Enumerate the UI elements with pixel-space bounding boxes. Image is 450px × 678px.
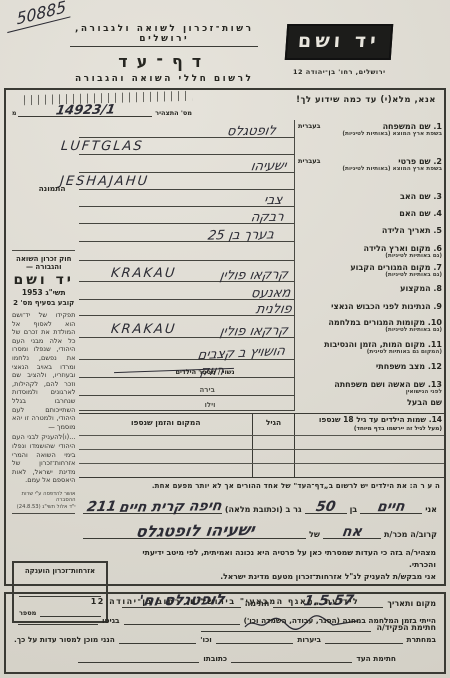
citizenship-request: אני מבקש/ת להעניק לנ"ל אזרחות־זכרון מטעם… <box>118 571 436 583</box>
witness-address-label: כתובתו <box>203 654 227 663</box>
field6-label: 6. מקום וארץ הלידה <box>363 244 442 253</box>
address-label: גר ב (וכתובת מלאה) <box>222 505 305 514</box>
field13-label: 13. שם האשה ושם משפחתה <box>334 380 442 389</box>
field4-label: 4. שם האם <box>399 209 442 218</box>
ghetto-label: בגיטו <box>102 616 120 625</box>
logo-address: ירושלים, רחו' בן־יהודה 12 <box>286 68 392 76</box>
field11-sublabel: (המקום גם באותיות לטינית) <box>299 349 442 356</box>
field-marital-status: 12. מצב משפחתי רווק נשוי / מספר הילדים <box>79 360 444 378</box>
form-titles: רשות־זכרון לשואה ולגבורה, ירושלים דף־עד … <box>0 24 258 84</box>
field13-sublabel: לפני הנישואין <box>299 389 442 396</box>
law-section: קובע בסעיף מס' 2 <box>12 299 75 307</box>
form-title: דף־עד <box>70 52 258 71</box>
witness-address2-hw: 211 <box>86 499 118 516</box>
form-subtitle: לרשום חללי השואה והגבורה <box>70 74 258 84</box>
left-sidebar: התמונה חוק זכרון השואה והגבורה — יד ושם … <box>6 118 79 539</box>
photo-label: התמונה <box>39 184 66 193</box>
field5-label: 5. תאריך הלידה <box>382 226 442 235</box>
field-mother-name: 4. שם האם רבקה <box>79 207 444 224</box>
field-husband-name: שם הבעל וילו <box>79 396 444 411</box>
field8-label: 8. המקצוע <box>400 284 442 293</box>
form-top-row: אנא, מלא(י) עד כמה שידוע לך! מס' התצהיר … <box>6 90 444 118</box>
field-profession: 8. המקצוע מאנעס <box>79 282 444 300</box>
field2-sublabel: בשפת ארץ המוצא (באותיות לטיניות) <box>299 166 442 173</box>
bottom-header-address: רחוב בן־יהודה 12 <box>91 597 181 606</box>
witness-address-hw: חיפה קרית חיים <box>118 498 223 516</box>
children-table: 14. שמות הילדים עד גיל 18 שנספו (מעל לגי… <box>79 413 444 478</box>
field2-hebrew-tag: בעברית <box>298 157 321 166</box>
main-form-box: אנא, מלא(י) עד כמה שידוע לך! מס' התצהיר … <box>4 88 446 586</box>
wife-line-print: בירה <box>199 386 214 394</box>
yad-vashem-logo: יד ושם <box>285 24 393 60</box>
law-paragraph-1: תפקידו של יד־ושם הוא לאסוף אל המולדת את … <box>12 311 75 431</box>
underground-forests-line: במחתרת ביערות וכו' הנני מוכן למסור עדות … <box>14 635 436 644</box>
field-family-name: 1. שם המשפחה בשפת ארץ המוצא (באותיות לטי… <box>79 120 444 155</box>
witness-signature-blank <box>231 662 352 663</box>
field1-sublabel: בשפת ארץ המוצא (באותיות לטיניות) <box>299 131 442 138</box>
law-logo-text: יד ושם <box>12 272 75 288</box>
wartime-residence-latin-hw: KRAKAU <box>110 322 177 337</box>
residence-latin-hw: KRAKAU <box>110 266 177 281</box>
law-year: תשי"ג 1953 <box>12 288 75 297</box>
field-first-name: 2. שם פרטי בשפת ארץ המוצא (באותיות לטיני… <box>79 155 444 190</box>
children-note: ה ע ר ה: את הילדים יש לרשום ב„דף־העד" של… <box>79 478 444 492</box>
field-place-of-death: 11. מקום המות, הזמן והנסיבות (המקום גם ב… <box>79 338 444 360</box>
field-birth-date: 5. תאריך הלידה בערך בן 25 <box>79 224 444 242</box>
witness-identity-line: אני חיים בן 50 גר ב (וכתובת מלאה) חיפה ק… <box>79 499 444 514</box>
sidebar-divider-bottom <box>12 513 75 514</box>
first-name-hebrew-hw: ישעיהו <box>250 158 288 174</box>
etc-blank <box>119 643 197 644</box>
field2-label: 2. שם פרטי <box>398 157 442 166</box>
witness-address-blank <box>78 662 199 663</box>
relation-line: קרוב/ה מכר/ת אח של ישעיהו לופטגלס <box>79 521 444 539</box>
grant-box-title: אזרחות־זכרון הוענקה <box>19 567 101 575</box>
field1-hebrew-tag: בעברית <box>298 122 321 131</box>
declaration-number-value: 14923/1 <box>54 102 116 118</box>
forests-label: ביערות <box>297 635 321 644</box>
field10-sublabel: (גם באותיות לטיניות) <box>299 327 442 334</box>
victim-fullname-hw: ישעיהו לופטגלס <box>134 520 256 541</box>
operations-branch-box: לידיעת „האגף המבצעי" בירושלים. רחוב בן־י… <box>4 592 446 674</box>
field-permanent-residence: 7. מקום המגורים הקבוע (גם באותיות לטיניו… <box>79 261 444 282</box>
camp-blank <box>124 624 240 625</box>
testify-label: הנני מוכן למסור עדות על כך. <box>14 635 115 644</box>
field14-label: 14. שמות הילדים עד גיל 18 שנספו <box>319 415 442 424</box>
children-table-row <box>79 463 444 477</box>
sidebar-divider <box>12 250 75 251</box>
of-label: של <box>306 530 323 539</box>
bottom-header-main: לידיעת „האגף המבצעי" בירושלים. <box>185 597 359 606</box>
testimony-page: 50885 יד ושם ירושלים, רחו' בן־יהודה 12 ר… <box>0 0 450 678</box>
place-column-header: המקום והזמן שנספו <box>79 414 252 435</box>
nationality-hw: פולנית <box>255 302 293 318</box>
witness-age-hw: 50 <box>315 499 337 515</box>
relation-label: קרוב/ה מכר/ת <box>381 530 440 539</box>
camp-ghetto-line: הייתי בזמן המלחמה במחנה (הסגר, עבודה, הש… <box>14 616 436 625</box>
field7-sublabel: (גם באותיות לטיניות) <box>299 272 442 279</box>
husband-label: שם הבעל <box>407 398 442 407</box>
etc-label: וכו' <box>200 635 212 644</box>
witness-name-hw: חיים <box>376 499 406 515</box>
field-wife-name: 13. שם האשה ושם משפחתה לפני הנישואין ביר… <box>79 378 444 396</box>
field9-label: 9. הנתינות לפני הכבוש הנאצי <box>331 302 442 311</box>
stamp-line-2: י"ד אלול תשי"ג (24.8.53) <box>12 504 75 511</box>
children-table-row <box>79 449 444 463</box>
field14-sublabel: (מעל לגיל זה יירשמו בדף מיוחד) <box>297 425 442 434</box>
age-column-header: הגיל <box>252 414 294 435</box>
father-name-hw: צבי <box>263 193 284 208</box>
field-birth-place: 6. מקום וארץ הלידה (גם באותיות לטיניות) <box>79 242 444 261</box>
fields-column: 1. שם המשפחה בשפת ארץ המוצא (באותיות לטי… <box>79 118 444 539</box>
fill-request-line: אנא, מלא(י) עד כמה שידוע לך! <box>296 93 436 105</box>
field6-sublabel: (גם באותיות לטיניות) <box>299 253 442 260</box>
profession-hw: מאנעס <box>249 286 291 302</box>
declaration-number-label: מס' התצהיר <box>152 109 192 117</box>
underground-label: במחתרת <box>407 635 436 644</box>
yad-vashem-logo-block: יד ושם ירושלים, רחו' בן־יהודה 12 <box>286 24 392 76</box>
underground-blank <box>325 643 403 644</box>
husband-line-print: וילו <box>204 401 215 409</box>
attestation-statement: מצהיר/ה בזה כי העדות שמסרתי כאן על פרטיה… <box>118 547 436 571</box>
witness-signature-line: חתימת העד כתובתו <box>14 654 436 663</box>
mother-name-hw: רבקה <box>250 210 285 226</box>
law-heading: חוק זכרון השואה והגבורה — <box>12 255 75 271</box>
authority-line: רשות־זכרון לשואה ולגבורה, ירושלים <box>70 24 258 47</box>
field-wartime-residence: 10. מקומות המגורים במלחמה (גם באותיות לט… <box>79 316 444 338</box>
law-paragraph-2: ...(ו)להעניק לבני העם היהודי שהושמדו ונפ… <box>12 433 75 485</box>
camp-label: הייתי בזמן המלחמה במחנה (הסגר, עבודה, הש… <box>244 616 436 625</box>
forests-blank <box>216 643 294 644</box>
field3-label: 3. שם האב <box>400 192 442 201</box>
margin-mark: מ <box>12 110 16 117</box>
photo-area: התמונה <box>12 120 75 248</box>
children-table-row <box>79 435 444 449</box>
field10-label: 10. מקומות המגורים במלחמה <box>328 318 442 327</box>
stamp-line-1: אושר להדפסה ע"י שרות ההסברה <box>12 491 75 504</box>
declaration-number-strip: מס' התצהיר 14923/1 מ <box>12 93 192 117</box>
relation-hw: אח <box>341 524 363 540</box>
i-label: אני <box>422 505 440 514</box>
field-nationality: 9. הנתינות לפני הכבוש הנאצי פולנית <box>79 300 444 316</box>
witness-signature-label: חתימת העד <box>356 654 396 663</box>
field11-label: 11. מקום המות, הזמן והנסיבות <box>324 340 442 349</box>
field7-label: 7. מקום המגורים הקבוע <box>350 263 442 272</box>
field12-label: 12. מצב משפחתי <box>376 362 442 371</box>
ben-label: בן <box>347 505 361 514</box>
field-father-name: 3. שם האב צבי <box>79 190 444 207</box>
field1-label: 1. שם המשפחה <box>383 122 442 131</box>
ghetto-blank <box>18 624 98 625</box>
print-approval-stamp: אושר להדפסה ע"י שרות ההסברה י"ד אלול תשי… <box>12 491 75 511</box>
